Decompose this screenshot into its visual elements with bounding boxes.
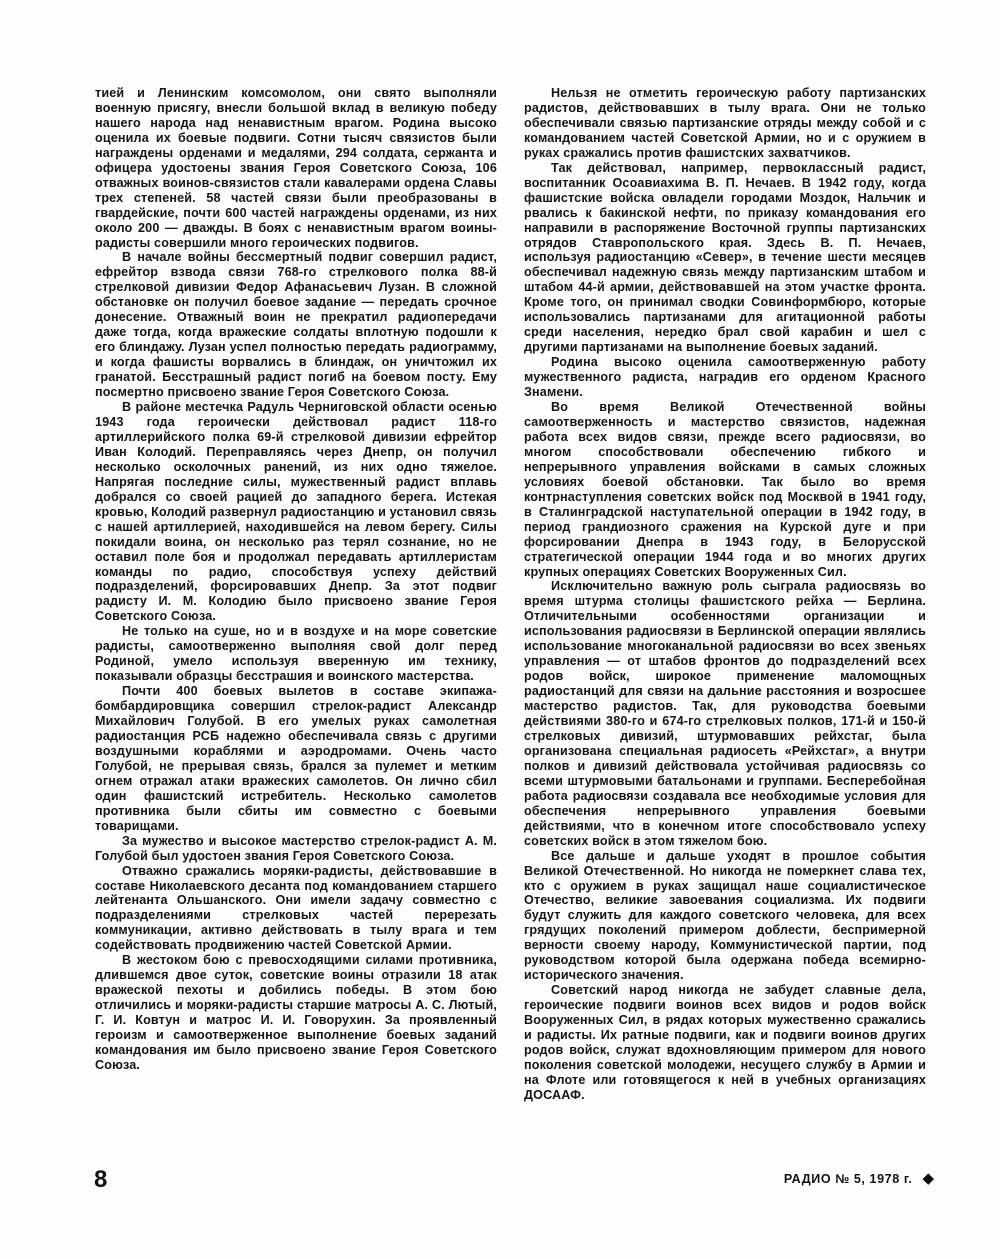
paragraph: Во время Великой Отечественной войны сам… xyxy=(524,400,926,579)
left-column: тией и Ленинским комсомолом, они свято в… xyxy=(95,86,497,1103)
diamond-icon: ◆ xyxy=(922,1171,934,1186)
paragraph: В начале войны бессмертный подвиг соверш… xyxy=(95,250,497,400)
paragraph: Все дальше и дальше уходят в прошлое соб… xyxy=(524,849,926,984)
text-columns: тией и Ленинским комсомолом, они свято в… xyxy=(95,86,926,1103)
paragraph: Не только на суше, но и в воздухе и на м… xyxy=(95,624,497,684)
paragraph: За мужество и высокое мастерство стрелок… xyxy=(95,834,497,864)
paragraph: В районе местечка Радуль Черниговской об… xyxy=(95,400,497,624)
footer-journal-line: РАДИО № 5, 1978 г. ◆ xyxy=(784,1171,934,1186)
paragraph: Почти 400 боевых вылетов в составе экипа… xyxy=(95,684,497,834)
magazine-page: тией и Ленинским комсомолом, они свято в… xyxy=(0,0,1000,1259)
journal-issue-label: РАДИО № 5, 1978 г. xyxy=(784,1172,913,1186)
paragraph: Отважно сражались моряки-радисты, действ… xyxy=(95,864,497,954)
paragraph: Родина высоко оценила самоотверженную ра… xyxy=(524,355,926,400)
paragraph: Нельзя не отметить героическую работу па… xyxy=(524,86,926,161)
paragraph: тией и Ленинским комсомолом, они свято в… xyxy=(95,86,497,250)
paragraph: Так действовал, например, первоклассный … xyxy=(524,161,926,355)
paragraph: Советский народ никогда не забудет славн… xyxy=(524,983,926,1103)
paragraph: Исключительно важную роль сыграла радиос… xyxy=(524,579,926,848)
paragraph: В жестоком бою с превосходящими силами п… xyxy=(95,953,497,1073)
page-number: 8 xyxy=(94,1166,107,1194)
right-column: Нельзя не отметить героическую работу па… xyxy=(524,86,926,1103)
